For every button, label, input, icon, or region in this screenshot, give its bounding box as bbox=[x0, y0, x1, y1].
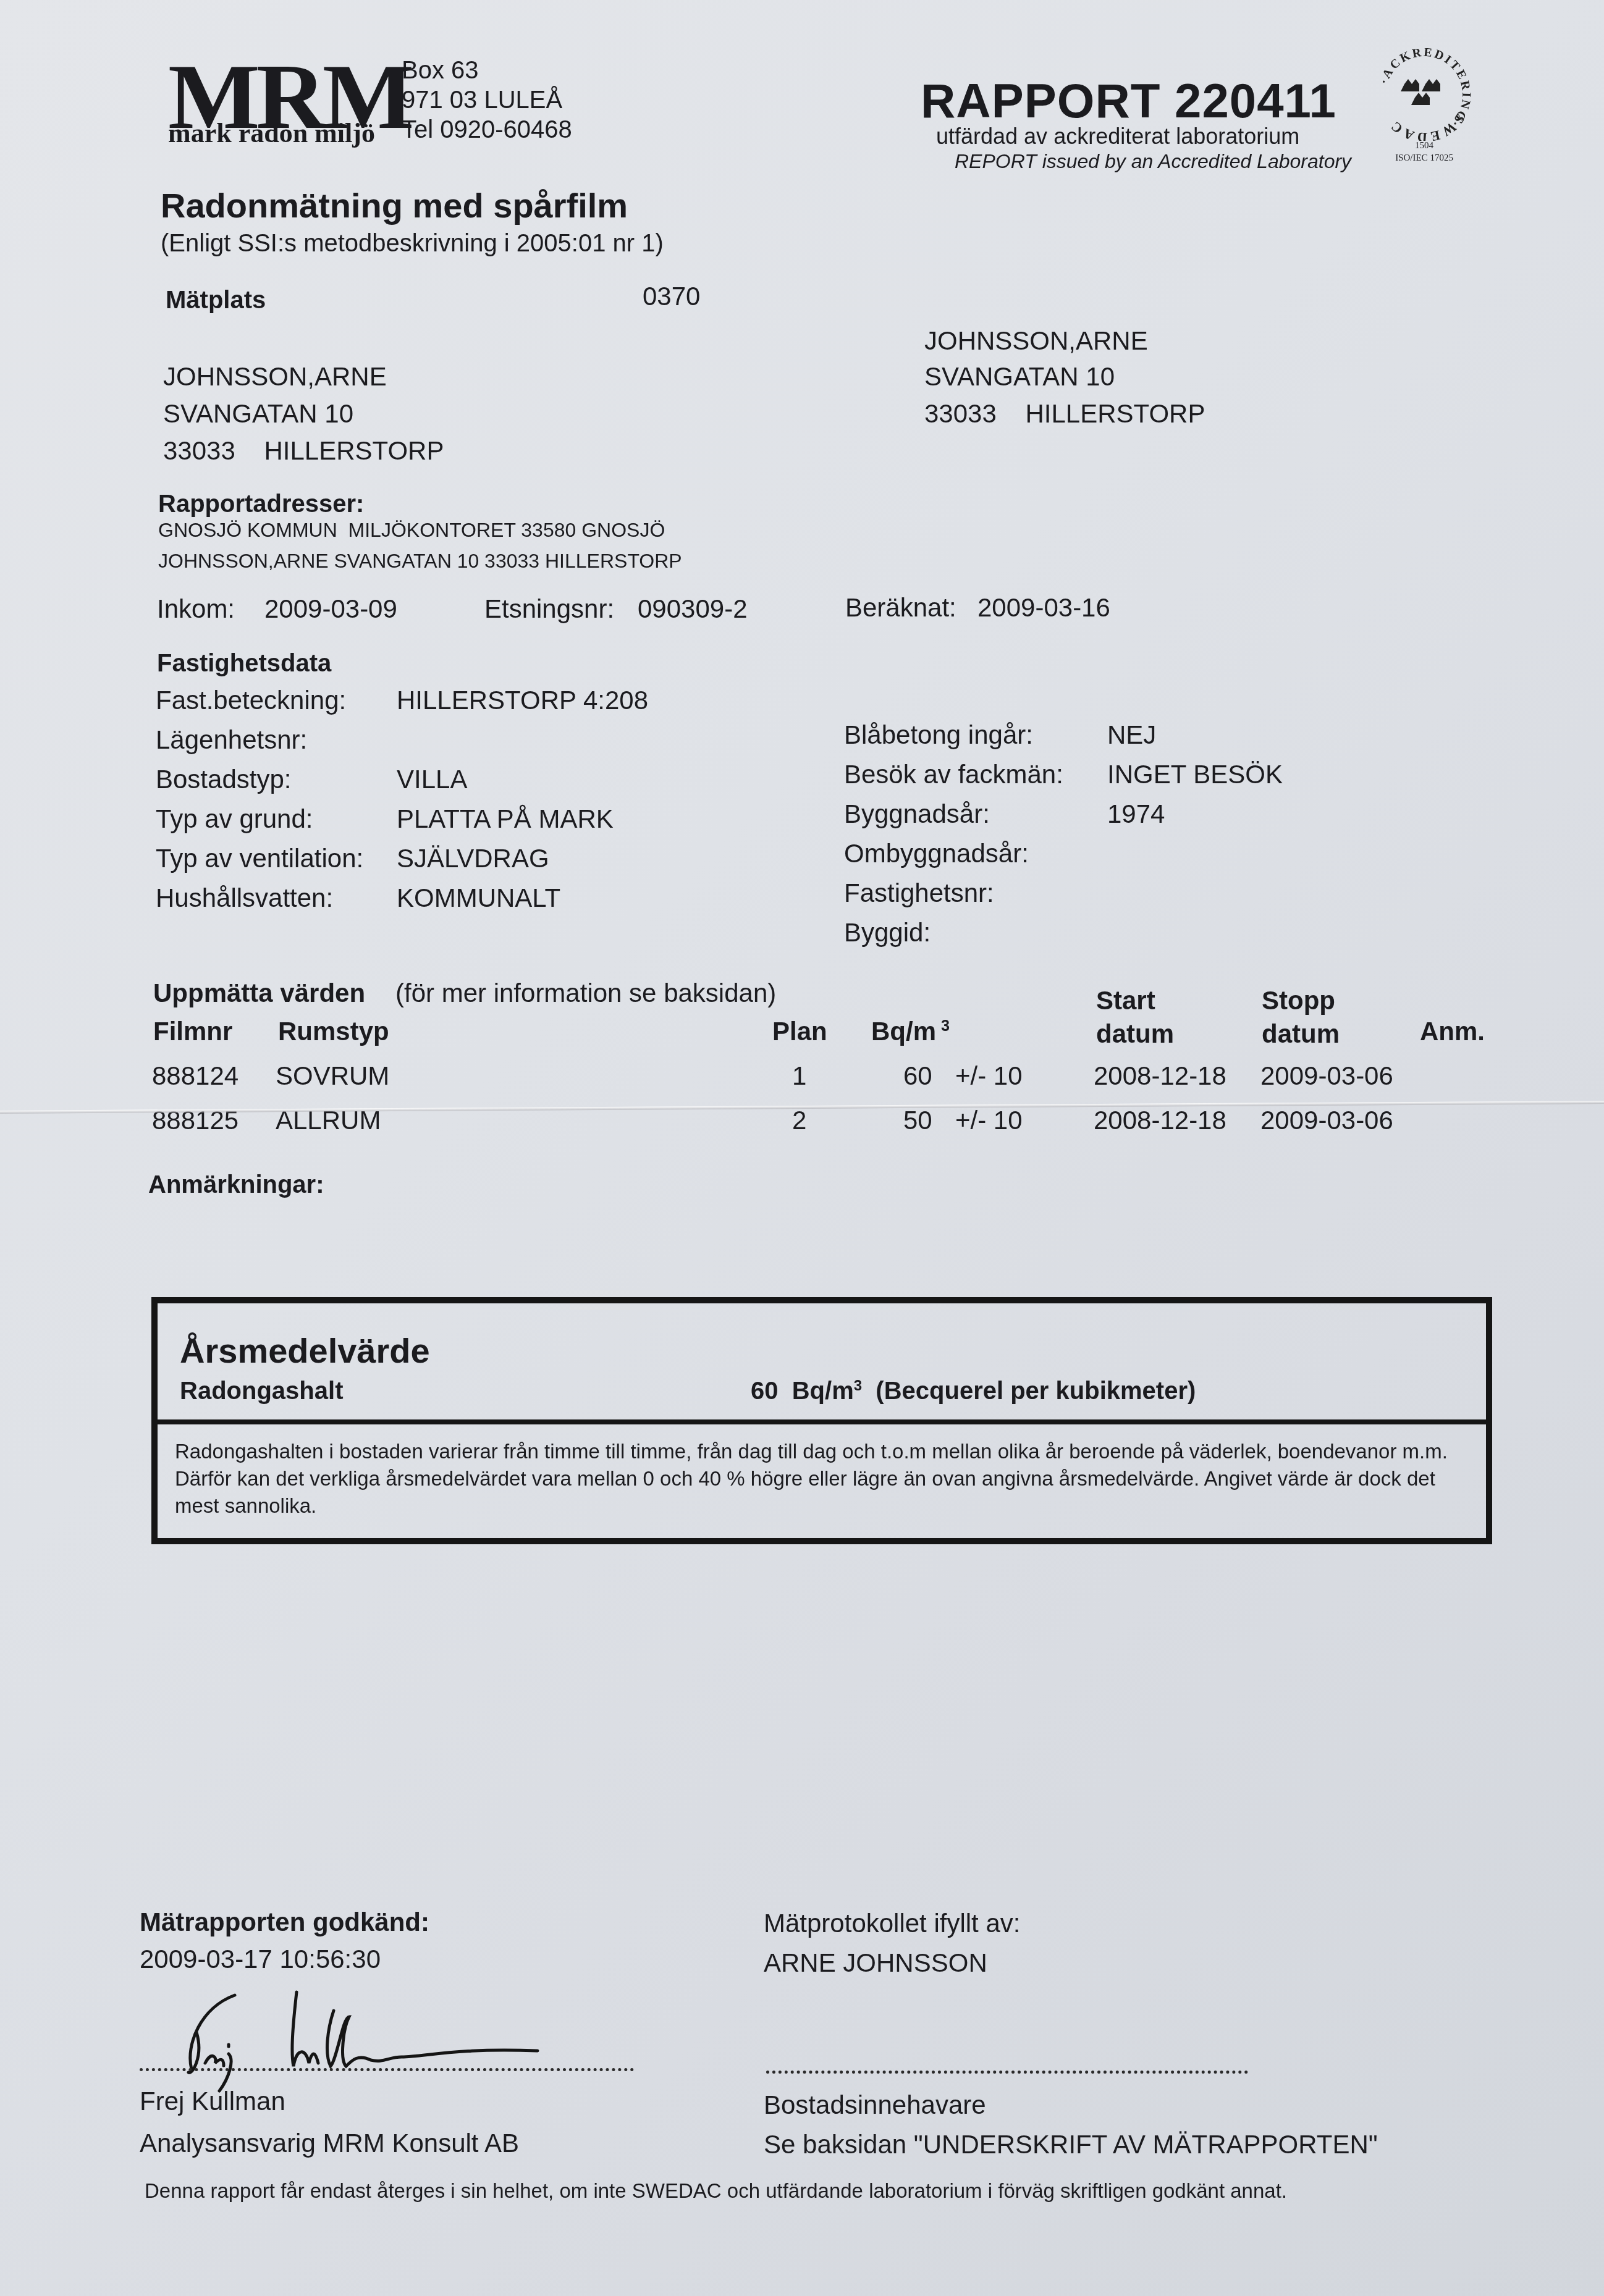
matplats-label: Mätplats bbox=[166, 287, 266, 314]
property-right-value: NEJ bbox=[1107, 720, 1156, 750]
col-bq: Bq/m3 bbox=[871, 1017, 950, 1046]
property-left-label: Hushållsvatten: bbox=[156, 883, 333, 913]
mrm-logo-tagline: mark radon miljö bbox=[168, 117, 375, 149]
radon-level-value: 60 Bq/m3 (Becquerel per kubikmeter) bbox=[751, 1377, 1196, 1405]
protocol-name: ARNE JOHNSSON bbox=[764, 1948, 987, 1978]
etsning-number: 090309-2 bbox=[638, 594, 748, 624]
measurements-note: (för mer information se baksidan) bbox=[395, 978, 776, 1008]
property-right-value: INGET BESÖK bbox=[1107, 760, 1283, 789]
cell-rumstyp: SOVRUM bbox=[276, 1061, 389, 1091]
seal-number: 1504 bbox=[1369, 141, 1480, 151]
report-address-2: JOHNSSON,ARNE SVANGATAN 10 33033 HILLERS… bbox=[158, 550, 682, 573]
property-left-label: Lägenhetsnr: bbox=[156, 725, 307, 755]
document-title: Radonmätning med spårfilm bbox=[161, 185, 628, 225]
company-address-box: Box 63 bbox=[402, 57, 479, 85]
approval-role: Analysansvarig MRM Konsult AB bbox=[140, 2129, 519, 2158]
property-right-label: Byggnadsår: bbox=[844, 799, 990, 829]
cell-filmnr: 888124 bbox=[152, 1061, 238, 1091]
owner-role: Bostadsinnehavare bbox=[764, 2090, 986, 2120]
swedac-seal: ·ACKREDITERING· SWEDAC 1504 ISO/IEC 1702… bbox=[1369, 48, 1480, 172]
col-start-1: Start bbox=[1096, 986, 1155, 1016]
property-left-label: Typ av grund: bbox=[156, 804, 313, 834]
company-phone: Tel 0920-60468 bbox=[402, 116, 572, 144]
cell-unc: +/- 10 bbox=[955, 1106, 1023, 1135]
inkom-date: 2009-03-09 bbox=[264, 594, 397, 624]
protocol-label: Mätprotokollet ifyllt av: bbox=[764, 1909, 1021, 1938]
approval-timestamp: 2009-03-17 10:56:30 bbox=[140, 1945, 381, 1974]
matplats-name: JOHNSSON,ARNE bbox=[163, 362, 387, 392]
property-right-value: 1974 bbox=[1107, 799, 1165, 829]
col-rumstyp: Rumstyp bbox=[278, 1017, 389, 1046]
swedac-crowns-icon: ·ACKREDITERING· SWEDAC bbox=[1369, 48, 1480, 141]
cell-unc: +/- 10 bbox=[955, 1061, 1023, 1091]
box-divider bbox=[158, 1419, 1486, 1424]
recipient-name: JOHNSSON,ARNE bbox=[924, 326, 1148, 356]
report-address-1: GNOSJÖ KOMMUN MILJÖKONTORET 33580 GNOSJÖ bbox=[158, 519, 665, 542]
beraknat-label: Beräknat: bbox=[845, 593, 956, 623]
measurements-heading: Uppmätta värden bbox=[153, 978, 365, 1008]
col-bq-sup: 3 bbox=[941, 1017, 950, 1035]
col-stopp-1: Stopp bbox=[1262, 986, 1335, 1016]
annual-average-explanation: Radongashalten i bostaden varierar från … bbox=[175, 1438, 1472, 1520]
recipient-street: SVANGATAN 10 bbox=[924, 362, 1115, 392]
report-subtitle-en: REPORT issued by an Accredited Laborator… bbox=[955, 150, 1351, 173]
col-plan: Plan bbox=[772, 1017, 827, 1046]
etsning-label: Etsningsnr: bbox=[484, 594, 614, 624]
matplats-code: 0370 bbox=[643, 282, 700, 311]
approval-signature-line bbox=[140, 2068, 634, 2071]
method-reference: (Enligt SSI:s metodbeskrivning i 2005:01… bbox=[161, 230, 664, 258]
radon-unit-sup: 3 bbox=[854, 1377, 862, 1394]
company-address-city: 971 03 LULEÅ bbox=[402, 86, 562, 114]
col-stopp-2: datum bbox=[1262, 1019, 1340, 1049]
beraknat-date: 2009-03-16 bbox=[977, 593, 1110, 623]
annual-average-title: Årsmedelvärde bbox=[180, 1331, 430, 1371]
property-right-label: Blåbetong ingår: bbox=[844, 720, 1033, 750]
radon-unit-desc: (Becquerel per kubikmeter) bbox=[876, 1377, 1196, 1405]
report-addresses-label: Rapportadresser: bbox=[158, 490, 364, 518]
owner-signature-note: Se baksidan "UNDERSKRIFT AV MÄTRAPPORTEN… bbox=[764, 2130, 1378, 2159]
recipient-city: 33033 HILLERSTORP bbox=[924, 399, 1205, 429]
cell-bq: 60 bbox=[903, 1061, 932, 1091]
property-right-label: Fastighetsnr: bbox=[844, 878, 994, 908]
annual-average-box: Årsmedelvärde Radongashalt 60 Bq/m3 (Bec… bbox=[151, 1297, 1492, 1544]
approval-signer: Frej Kullman bbox=[140, 2087, 285, 2116]
col-filmnr: Filmnr bbox=[153, 1017, 232, 1046]
col-start-2: datum bbox=[1096, 1019, 1174, 1049]
radon-level-label: Radongashalt bbox=[180, 1377, 343, 1405]
property-heading: Fastighetsdata bbox=[157, 650, 331, 678]
property-left-value: KOMMUNALT bbox=[397, 883, 560, 913]
property-left-label: Typ av ventilation: bbox=[156, 844, 363, 873]
property-left-label: Fast.beteckning: bbox=[156, 686, 346, 715]
radon-unit: Bq/m bbox=[792, 1377, 854, 1405]
cell-bq: 50 bbox=[903, 1106, 932, 1135]
col-anm: Anm. bbox=[1420, 1017, 1485, 1046]
property-left-value: VILLA bbox=[397, 765, 467, 794]
report-subtitle: utfärdad av ackrediterat laboratorium bbox=[936, 124, 1299, 149]
cell-plan: 2 bbox=[792, 1106, 806, 1135]
property-right-label: Byggid: bbox=[844, 918, 931, 948]
property-left-value: SJÄLVDRAG bbox=[397, 844, 549, 873]
property-right-label: Besök av fackmän: bbox=[844, 760, 1063, 789]
footer-disclaimer: Denna rapport får endast återges i sin h… bbox=[145, 2179, 1287, 2203]
remarks-label: Anmärkningar: bbox=[148, 1171, 324, 1199]
property-right-label: Ombyggnadsår: bbox=[844, 839, 1029, 868]
cell-stopp: 2009-03-06 bbox=[1260, 1106, 1393, 1135]
matplats-street: SVANGATAN 10 bbox=[163, 399, 353, 429]
property-left-label: Bostadstyp: bbox=[156, 765, 291, 794]
radon-value: 60 bbox=[751, 1377, 779, 1405]
cell-start: 2008-12-18 bbox=[1094, 1106, 1226, 1135]
owner-signature-line[interactable] bbox=[766, 2071, 1248, 2074]
report-title: RAPPORT 220411 bbox=[921, 73, 1336, 129]
cell-plan: 1 bbox=[792, 1061, 806, 1091]
col-bq-label: Bq/m bbox=[871, 1017, 936, 1046]
cell-stopp: 2009-03-06 bbox=[1260, 1061, 1393, 1091]
seal-standard: ISO/IEC 17025 bbox=[1369, 153, 1480, 164]
approval-label: Mätrapporten godkänd: bbox=[140, 1907, 429, 1937]
cell-start: 2008-12-18 bbox=[1094, 1061, 1226, 1091]
matplats-city: 33033 HILLERSTORP bbox=[163, 436, 444, 466]
property-left-value: HILLERSTORP 4:208 bbox=[397, 686, 648, 715]
inkom-label: Inkom: bbox=[157, 594, 235, 624]
property-left-value: PLATTA PÅ MARK bbox=[397, 804, 614, 834]
